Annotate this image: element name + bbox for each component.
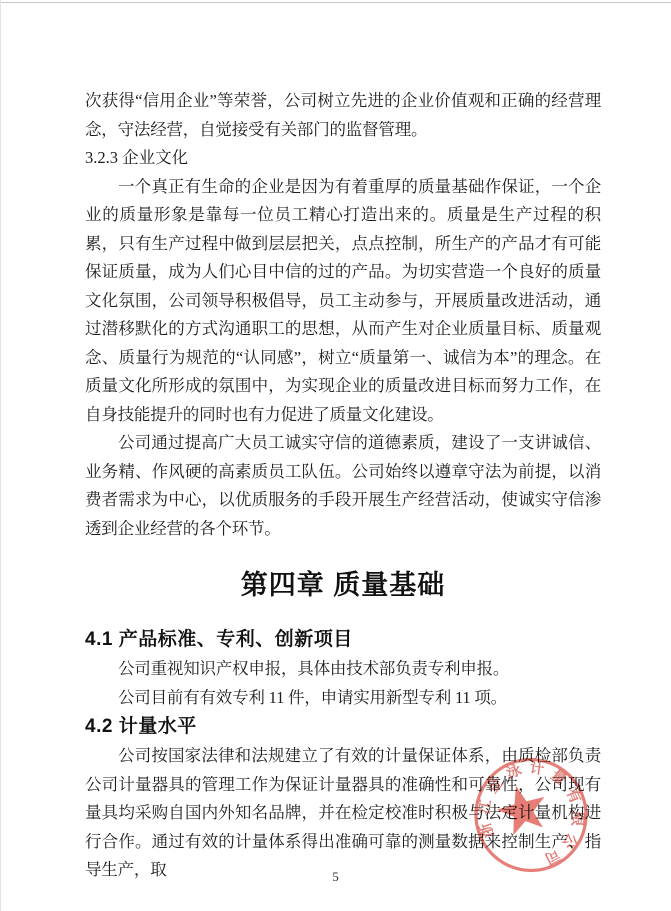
continuation-paragraph: 次获得“信用企业”等荣誉，公司树立先进的企业价值观和正确的经营理念，守法经营，自…	[85, 87, 601, 144]
section-heading-4-1: 4.1 产品标准、专利、创新项目	[85, 625, 601, 655]
section-heading-3-2-3: 3.2.3 企业文化	[85, 144, 601, 173]
paragraph-patents-2: 公司目前有有效专利 11 件，申请实用新型专利 11 项。	[85, 684, 601, 713]
paragraph-corporate-culture-1: 一个真正有生命的企业是因为有着重厚的质量基础作保证，一个企业的质量形象是靠每一位…	[85, 173, 601, 430]
paragraph-corporate-culture-2: 公司通过提高广大员工诚实守信的道德素质，建设了一支讲诚信、业务精、作风硬的高素质…	[85, 429, 601, 543]
section-heading-4-2: 4.2 计量水平	[85, 712, 601, 742]
chapter-4-title: 第四章 质量基础	[85, 565, 601, 605]
document-page: 次获得“信用企业”等荣誉，公司树立先进的企业价值观和正确的经营理念，守法经营，自…	[0, 0, 671, 911]
paragraph-patents-1: 公司重视知识产权申报，具体由技术部负责专利申报。	[85, 655, 601, 684]
paragraph-metrology: 公司按国家法律和法规建立了有效的计量保证体系，由质检部负责公司计量器具的管理工作…	[85, 742, 601, 885]
page-number: 5	[0, 869, 671, 885]
